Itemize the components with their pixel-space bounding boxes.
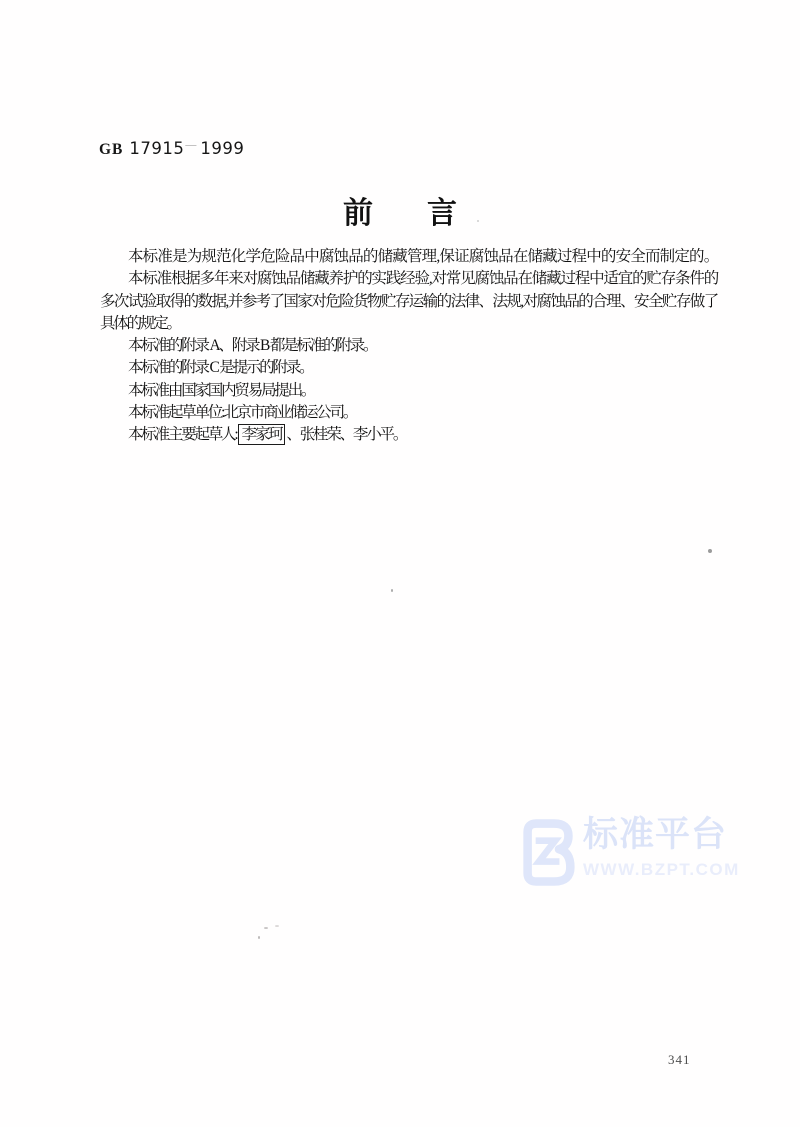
- scan-artifact: [477, 220, 479, 222]
- watermark-brand: 标准平台: [583, 815, 740, 855]
- foreword-line: 本标准的附录 C 是提示的附录。: [100, 357, 717, 379]
- scan-artifact: [264, 927, 268, 929]
- foreword-line: 本标准主要起草人:李家珂、张桂荣、李小平。: [100, 424, 717, 446]
- page-number: 341: [668, 1052, 691, 1068]
- foreword-line: 本标准起草单位:北京市商业储运公司。: [100, 402, 717, 424]
- foreword-body: 本标准是为规范化学危险品中腐蚀品的储藏管理,保证腐蚀品在储藏过程中的安全而制定的…: [100, 246, 717, 447]
- standard-code-separator: —: [185, 139, 194, 151]
- scan-artifact: [275, 925, 279, 927]
- page-title-char-2: 言: [427, 197, 457, 230]
- page-title: 前言: [0, 196, 800, 232]
- scan-artifact: [708, 549, 712, 553]
- watermark-website: WWW.BZPT.COM: [583, 860, 740, 880]
- foreword-line: 多次试验取得的数据,并参考了国家对危险货物贮存运输的法律、法规,对腐蚀品的合理、…: [100, 291, 717, 313]
- standard-code-prefix: GB: [99, 141, 123, 158]
- foreword-line: 本标准由国家国内贸易局提出。: [100, 380, 717, 402]
- foreword-line: 具体的规定。: [100, 313, 717, 335]
- watermark-text: 标准平台 WWW.BZPT.COM: [583, 815, 740, 880]
- foreword-line: 本标准是为规范化学危险品中腐蚀品的储藏管理,保证腐蚀品在储藏过程中的安全而制定的…: [100, 246, 717, 268]
- standard-code: GB17915—1999: [99, 139, 244, 159]
- standard-code-year: 1999: [200, 139, 244, 158]
- scan-artifact: [258, 936, 260, 939]
- foreword-line: 本标准的附录 A、附录 B 都是标准的附录。: [100, 335, 717, 357]
- standard-code-number: 17915: [129, 139, 184, 158]
- page-title-char-1: 前: [343, 197, 373, 230]
- scan-artifact: [391, 589, 393, 592]
- bzpt-logo-icon: [520, 815, 577, 891]
- document-page: GB17915—1999 前言 本标准是为规范化学危险品中腐蚀品的储藏管理,保证…: [0, 0, 800, 1127]
- foreword-line: 本标准根据多年来对腐蚀品储藏养护的实践经验,对常见腐蚀品在储藏过程中适宜的贮存条…: [100, 268, 717, 290]
- boxed-drafter-name: 李家珂: [238, 424, 286, 445]
- watermark: 标准平台 WWW.BZPT.COM: [520, 815, 740, 891]
